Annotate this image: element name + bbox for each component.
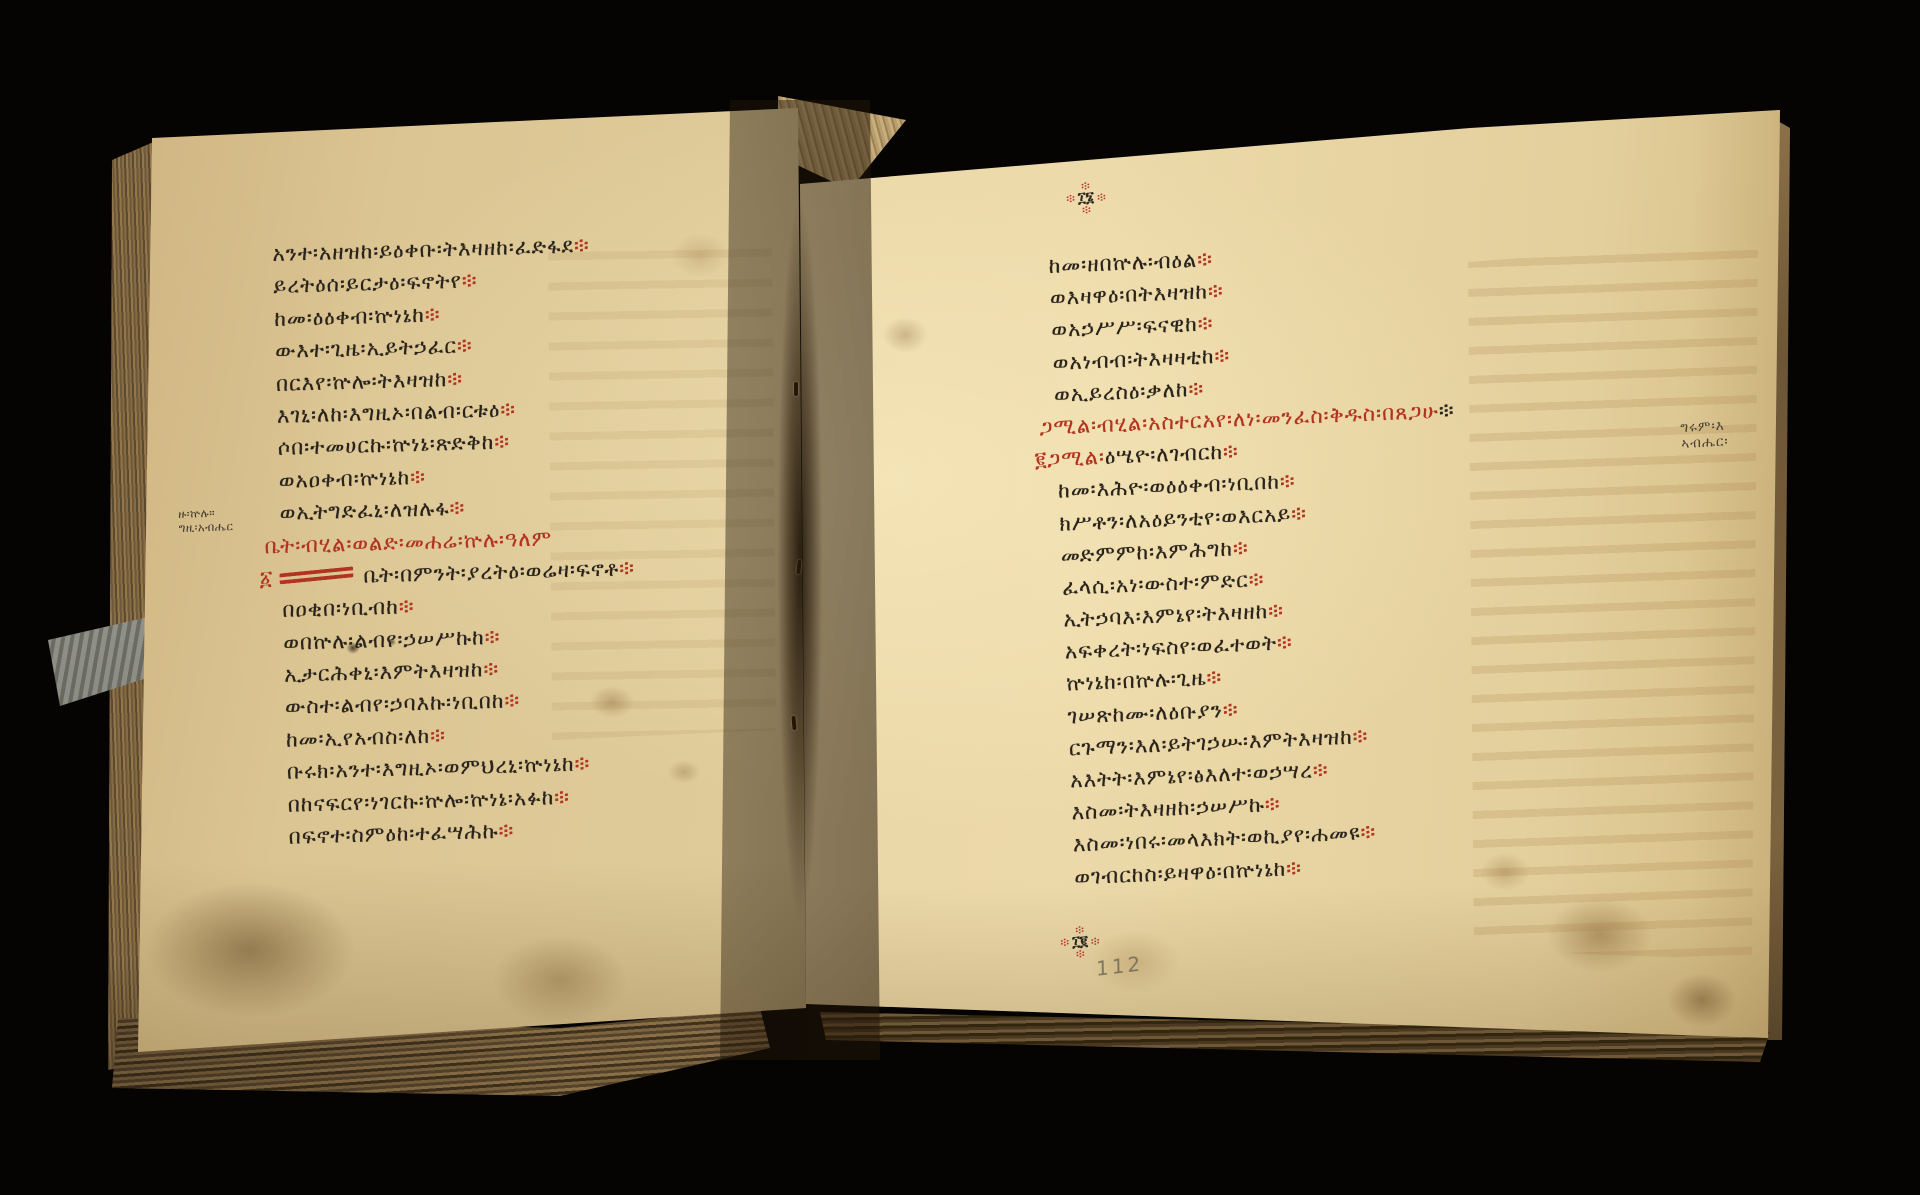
- text-segment: ኢትኃባእ፡እምኔየ፡ትእዛዘከ: [1063, 599, 1269, 632]
- text-segment: ኢታርሕቀኒ፡እምትእዛዝከ: [284, 657, 484, 687]
- verse-mark: ፨: [1232, 536, 1249, 561]
- verse-mark: ፨: [1264, 792, 1281, 817]
- verse-mark: ፨: [1360, 820, 1377, 845]
- text-segment: ቤት፡በምንት፡ያረትዕ፡ወሬዛ፡ፍኖቶ: [363, 556, 620, 587]
- verse-mark: ፨: [449, 496, 465, 520]
- verse-mark: ፨: [484, 624, 500, 648]
- text-segment: ወእዛዋዕ፡በትእዛዝከ: [1050, 280, 1209, 311]
- rubric-segment: ፩: [259, 566, 274, 590]
- verse-mark: ፨: [554, 785, 570, 809]
- verse-mark: ፨: [574, 233, 590, 257]
- text-segment: ወበኵሉ፡ልብየ፡ኃሠሥኩከ: [283, 625, 485, 655]
- text-segment: ክሥቶን፡ለአዕይንቲየ፡ወእርአይ: [1059, 502, 1292, 536]
- text-segment: ከመ፡ዘበኵሉ፡ብዕል: [1048, 248, 1197, 278]
- margin-note-line: ግዚ፡አብሔር: [178, 520, 233, 535]
- right-page-text-column: ከመ፡ዘበኵሉ፡ብዕል፨ወእዛዋዕ፡በትእዛዝከ፨ወአኃሥሥ፡ፍናዊከ፨ወአነብ…: [1048, 233, 1474, 893]
- text-segment: ወአዐቀብ፡ኵነኔከ: [278, 465, 410, 493]
- verse-mark: ፨: [619, 556, 635, 580]
- verse-mark: ፨: [1268, 599, 1285, 624]
- verse-mark: ፨: [1222, 697, 1239, 722]
- text-segment: አንተ፡አዘዝከ፡ይዕቀቡ፡ትእዛዘከ፡ፈድፋደ: [272, 234, 574, 266]
- text-segment: ዕሤዮ፡ለገብርከ: [1104, 440, 1223, 469]
- verse-mark: ፨: [447, 366, 463, 390]
- ornament-cross-mark: ፨: [1097, 189, 1106, 204]
- text-segment: ቡሩክ፡አንተ፡እግዚኦ፡ወምህረኒ፡ኵነኔከ: [287, 752, 575, 784]
- text-segment: ከመ፡ዕዕቀብ፡ኵነኔከ: [274, 303, 425, 331]
- verse-mark: ፨: [504, 689, 520, 713]
- verse-mark: ፨: [494, 430, 510, 454]
- verse-mark: ፨: [498, 819, 514, 843]
- text-segment: ወኢይረስዕ፡ቃለከ: [1054, 377, 1189, 407]
- ornament-cross-mark: ፨: [1082, 202, 1091, 217]
- text-segment: ይረትዕሰ፡ይርታዕ፡ፍኖትየ: [273, 269, 462, 298]
- text-segment: ወገብርከስ፡ይዛዋዕ፡በኵነኔከ: [1074, 856, 1287, 889]
- verse-mark: ፨: [461, 269, 477, 293]
- pencil-foliation-number: 112: [1096, 951, 1143, 981]
- text-segment: ከመ፡ኢየአብስ፡ለከ: [286, 724, 431, 752]
- text-segment: እስመ፡ትእዛዘከ፡ኃሠሥኩ: [1071, 793, 1265, 825]
- text-segment: እገኒ፡ለከ፡እግዚኦ፡በልብ፡ርቱዕ: [277, 398, 501, 428]
- text-segment: በፍኖተ፡ስምዕከ፡ተፈሣሕኩ: [288, 819, 498, 849]
- text-segment: ፈላሲ፡አነ፡ውስተ፡ምድር: [1062, 568, 1250, 600]
- text-segment: በከናፍርየ፡ነገርኩ፡ኵሎ፡ኵነኔ፡አፉከ: [287, 785, 554, 816]
- verse-mark: ፨: [483, 657, 499, 681]
- text-segment: ገሠጽከሙ፡ለዕቡያን: [1067, 698, 1223, 728]
- verse-mark: ፨: [1206, 666, 1223, 691]
- verse-mark: ፨: [1291, 501, 1308, 526]
- verse-mark: ፨: [398, 594, 414, 618]
- ornament-cross-mark: ፨: [1076, 946, 1085, 961]
- verse-mark: ፨: [1197, 312, 1214, 337]
- verse-mark: ፨: [457, 334, 473, 358]
- verse-mark: ፨: [1197, 247, 1214, 272]
- text-segment: ሶበ፡ተመሀርኩ፡ኵነኔ፡ጽድቅከ: [278, 430, 495, 460]
- text-segment: ወኢትግድፈኒ፡ለዝሉፋ: [279, 496, 450, 525]
- verse-mark: ፨: [1222, 439, 1239, 464]
- margin-note-line: ኣብሔር፡: [1681, 433, 1729, 451]
- text-segment: ፨: [1438, 398, 1455, 423]
- binding-stitch: [791, 716, 796, 730]
- text-segment: ወአኃሥሥ፡ፍናዊከ: [1051, 312, 1198, 342]
- verse-mark: ፨: [430, 723, 446, 747]
- verse-mark: ፨: [1214, 343, 1231, 368]
- left-page-text-column: አንተ፡አዘዝከ፡ይዕቀቡ፡ትእዛዘከ፡ፈድፋደ፨ይረትዕሰ፡ይርታዕ፡ፍኖትየ…: [272, 228, 643, 853]
- verse-mark: ፨: [1248, 567, 1265, 592]
- verse-mark: ፨: [1279, 469, 1296, 494]
- text-segment: በርእየ፡ኵሎ፡ትእዛዝከ: [276, 367, 448, 396]
- verse-mark: ፨: [574, 752, 590, 776]
- ornament-cross-mark: ፨: [1091, 933, 1100, 948]
- manuscript-photo: { "colors":{"background":"#050403","parc…: [0, 0, 1920, 1195]
- text-segment: ከመ፡እሕዮ፡ወዕዕቀብ፡ነቢበከ: [1058, 470, 1281, 503]
- binding-stitch: [796, 560, 801, 574]
- text-segment: ኵነኔከ፡በኵሉ፡ጊዜ: [1066, 666, 1207, 696]
- text-segment: በዐቂበ፡ነቢብከ: [282, 595, 399, 622]
- folio-number-top-ornament: ፨፨፲፮፨፨: [1037, 178, 1134, 217]
- verse-mark: ፨: [1207, 279, 1224, 304]
- right-margin-note: ግሩም፡እኣብሔር፡: [1680, 418, 1729, 452]
- verse-mark: ፨: [1312, 758, 1329, 783]
- binding-stitch: [794, 382, 798, 396]
- text-segment: ውስተ፡ልብየ፡ኃባእኩ፡ነቢበከ: [285, 689, 505, 719]
- verse-mark: ፨: [1352, 724, 1369, 749]
- verse-mark: ፨: [1188, 376, 1205, 401]
- rubric-segment: ቤት፡ብሂል፡ወልድ፡መሐሬ፡ኵሉ፡ዓለም: [264, 526, 552, 558]
- red-line-filler: [279, 567, 353, 585]
- verse-mark: ፨: [424, 302, 440, 326]
- text-segment: አፍቀረት፡ነፍስየ፡ወፈተወት: [1064, 631, 1277, 664]
- rubric-segment: ፪ጋሚል፡: [1034, 445, 1105, 472]
- text-segment: መድምምከ፡እምሕግከ: [1060, 536, 1233, 567]
- verse-mark: ፨: [1276, 630, 1293, 655]
- text-segment: ውእተ፡ጊዜ፡ኢይትኃፈር: [275, 334, 457, 363]
- left-margin-note: ዙ፡ኵሉ።ግዚ፡አብሔር: [178, 506, 234, 535]
- verse-mark: ፨: [500, 397, 516, 421]
- verse-mark: ፨: [410, 465, 426, 489]
- text-segment: ወአነብብ፡ትእዛዛቲከ: [1052, 344, 1215, 375]
- verse-mark: ፨: [1286, 855, 1303, 880]
